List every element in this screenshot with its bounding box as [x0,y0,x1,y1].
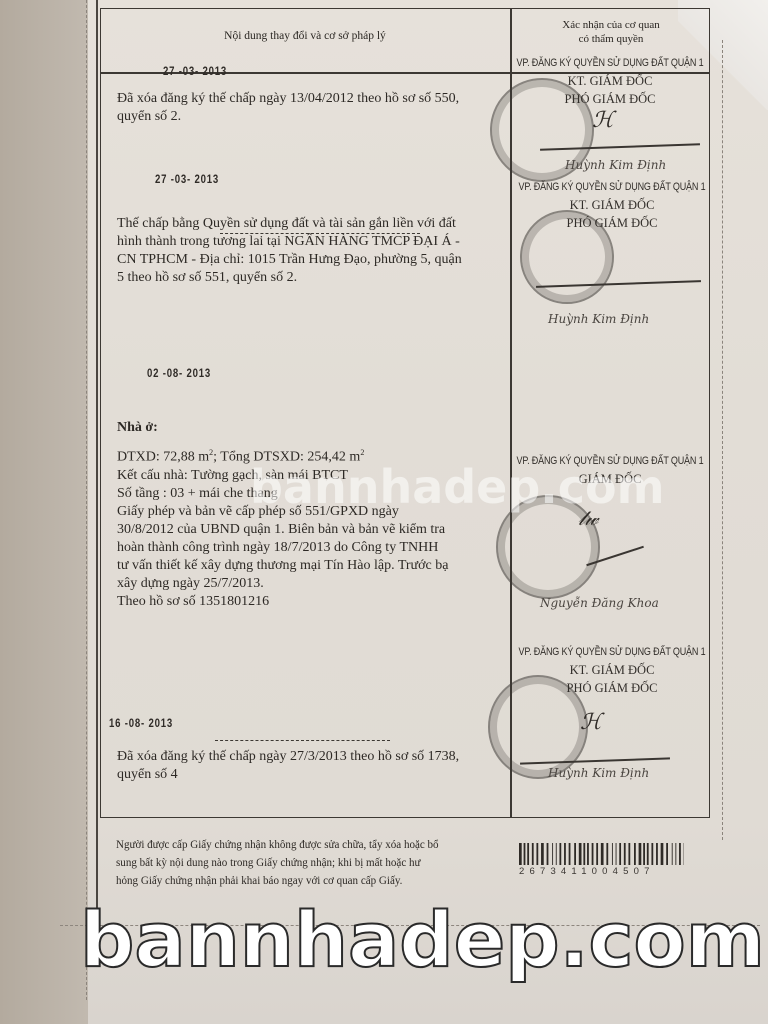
certification-office: VP. ĐĂNG KÝ QUYỀN SỬ DỤNG ĐẤT QUẬN 1 [487,54,733,72]
entry-3-line: hoàn thành công trình ngày 18/7/2013 do … [117,539,448,557]
entry-3-text: Nhà ở: DTXD: 72,88 m2; Tổng DTSXD: 254,4… [117,419,448,611]
right-margin-dotted-line [722,40,723,840]
entry-2-line: 5 theo hồ sơ số 551, quyển số 2. [117,269,462,287]
dotted-separator [215,740,390,741]
header-authority-confirmation: Xác nhận của cơ quan có thẩm quyền [512,18,710,46]
entry-3-date: 02 -08- 2013 [147,366,211,380]
signature-scribble: ℋ [592,108,614,133]
certification-office: VP. ĐĂNG KÝ QUYỀN SỬ DỤNG ĐẤT QUẬN 1 [489,178,735,196]
header-authority-line2: có thẩm quyền [512,32,710,46]
entry-4-certification: VP. ĐĂNG KÝ QUYỀN SỬ DỤNG ĐẤT QUẬN 1 KT.… [462,643,762,697]
certification-office: VP. ĐĂNG KÝ QUYỀN SỬ DỤNG ĐẤT QUẬN 1 [489,643,735,661]
certification-title-deputy: PHÓ GIÁM ĐỐC [462,679,762,697]
entry-3-line: Theo hồ sơ số 1351801216 [117,593,448,611]
footer-warning-note: Người được cấp Giấy chứng nhận không đượ… [116,835,456,889]
entry-3-line: xây dựng ngày 25/7/2013. [117,575,448,593]
entry-1-signer: Huỳnh Kim Định [565,158,666,172]
barcode-number: 2673411004507 [519,866,684,877]
unit-superscript: 2 [360,448,364,457]
dtxd-value: DTXD: 72,88 m [117,450,209,465]
watermark-faint: bannhadep.com [250,460,665,514]
entry-2-date: 27 -03- 2013 [155,172,219,186]
certification-title: KT. GIÁM ĐỐC [462,196,762,214]
entry-2-line: Thế chấp bằng Quyền sử dụng đất và tài s… [117,215,462,233]
entry-2-line: CN TPHCM - Địa chỉ: 1015 Trần Hưng Đạo, … [117,251,462,269]
certification-title: KT. GIÁM ĐỐC [462,661,762,679]
header-authority-line1: Xác nhận của cơ quan [512,18,710,32]
page-border-left [96,0,98,960]
entry-4-date: 16 -08- 2013 [109,716,173,730]
margin-dotted-line [86,0,88,1000]
footer-note-line: sung bất kỳ nội dung nào trong Giấy chứn… [116,853,456,871]
header-changes-content: Nội dung thay đổi và cơ sở pháp lý [100,30,510,42]
entry-1-text: Đã xóa đăng ký thế chấp ngày 13/04/2012 … [117,90,459,126]
entry-3-line: 30/8/2012 của UBND quận 1. Biên bản và b… [117,521,448,539]
entry-4-signer: Huỳnh Kim Định [548,766,649,780]
footer-note-line: Người được cấp Giấy chứng nhận không đượ… [116,835,456,853]
watermark: bannhadep.com [80,895,765,984]
certification-title: KT. GIÁM ĐỐC [460,72,760,90]
entry-4-text: Đã xóa đăng ký thế chấp ngày 27/3/2013 t… [117,748,459,784]
entry-4-line: quyển số 4 [117,766,459,784]
entry-1-line: quyển số 2. [117,108,459,126]
certification-title-deputy: PHÓ GIÁM ĐỐC [460,90,760,108]
entry-3-line: tư vấn thiết kế xây dựng thương mại Tín … [117,557,448,575]
entry-1-date: 27 -03- 2013 [163,64,227,78]
signature-scribble: ℋ [580,710,602,735]
footer-note-line: hỏng Giấy chứng nhận phải khai báo ngay … [116,871,456,889]
entry-1-certification: VP. ĐĂNG KÝ QUYỀN SỬ DỤNG ĐẤT QUẬN 1 KT.… [460,54,760,108]
entry-3-signer: Nguyễn Đăng Khoa [540,596,659,610]
entry-4-line: Đã xóa đăng ký thế chấp ngày 27/3/2013 t… [117,748,459,766]
entry-3-heading: Nhà ở: [117,419,448,437]
entry-2-text: Thế chấp bằng Quyền sử dụng đất và tài s… [117,215,462,287]
entry-2-line: hình thành trong tương lai tại NGÂN HÀNG… [117,233,462,251]
certification-title-deputy: PHÓ GIÁM ĐỐC [462,214,762,232]
entry-2-signer: Huỳnh Kim Định [548,312,649,326]
entry-1-line: Đã xóa đăng ký thế chấp ngày 13/04/2012 … [117,90,459,108]
barcode [519,843,684,865]
entry-2-certification: VP. ĐĂNG KÝ QUYỀN SỬ DỤNG ĐẤT QUẬN 1 KT.… [462,178,762,232]
